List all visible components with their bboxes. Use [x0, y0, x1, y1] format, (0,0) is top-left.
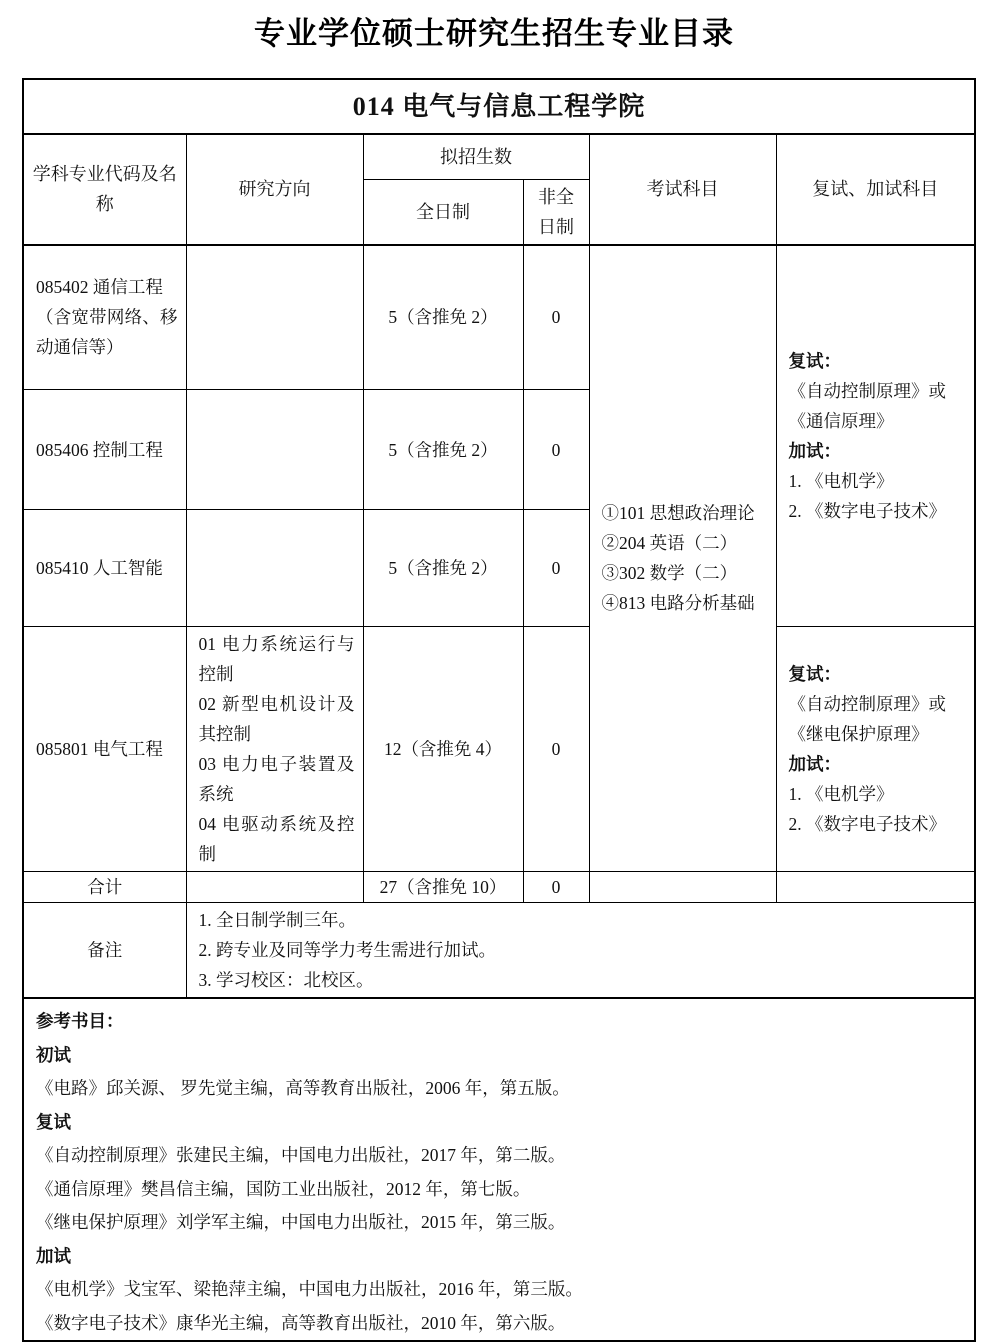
reference-book: 《电机学》戈宝军、梁艳萍主编，中国电力出版社，2016 年，第三版。 [36, 1273, 964, 1307]
program-code: 085406 控制工程 [36, 435, 178, 465]
reference-book: 《通信原理》樊昌信主编，国防工业出版社，2012 年，第七版。 [36, 1173, 964, 1207]
header-code: 学科专业代码及名称 [23, 134, 186, 245]
references-section-label: 加试 [36, 1240, 964, 1274]
parttime-count: 0 [523, 245, 589, 390]
extra-test-label: 加试： [789, 436, 967, 466]
program-code-cell: 085406 控制工程 [23, 390, 186, 510]
total-direction-cell [186, 872, 363, 903]
research-direction: 02 新型电机设计及其控制 [199, 689, 355, 749]
remark-item: 3. 学习校区：北校区。 [199, 965, 967, 995]
retest-item: 《自动控制原理》或 [789, 689, 967, 719]
direction-cell [186, 510, 363, 627]
fulltime-count: 5（含推免 2） [363, 390, 523, 510]
extra-test-item: 2. 《数字电子技术》 [789, 809, 967, 839]
exam-subject: ③302 数学（二） [602, 558, 768, 588]
program-code: 085410 人工智能 [36, 553, 178, 583]
remark-item: 1. 全日制学制三年。 [199, 905, 967, 935]
research-direction: 01 电力系统运行与控制 [199, 629, 355, 689]
total-retest-cell [776, 872, 975, 903]
retest-subjects-cell-1: 复试： 《自动控制原理》或 《通信原理》 加试： 1. 《电机学》 2. 《数字… [776, 245, 975, 627]
references-section-label: 复试 [36, 1106, 964, 1140]
total-exam-cell [589, 872, 776, 903]
header-fulltime: 全日制 [363, 179, 523, 245]
college-header: 014 电气与信息工程学院 [23, 79, 975, 134]
exam-subject: ①101 思想政治理论 [602, 498, 768, 528]
fulltime-count: 5（含推免 2） [363, 245, 523, 390]
references-section-label: 初试 [36, 1039, 964, 1073]
exam-subject: ②204 英语（二） [602, 528, 768, 558]
program-code-cell: 085410 人工智能 [23, 510, 186, 627]
extra-test-label: 加试： [789, 749, 967, 779]
fulltime-count: 12（含推免 4） [363, 627, 523, 872]
total-parttime: 0 [523, 872, 589, 903]
college-header-row: 014 电气与信息工程学院 [23, 79, 975, 134]
parttime-count: 0 [523, 390, 589, 510]
exam-subject: ④813 电路分析基础 [602, 588, 768, 618]
total-label: 合计 [23, 872, 186, 903]
header-parttime: 非全日制 [523, 179, 589, 245]
research-direction: 04 电驱动系统及控制 [199, 809, 355, 869]
total-row: 合计 27（含推免 10） 0 [23, 872, 975, 903]
retest-label: 复试： [789, 346, 967, 376]
extra-test-item: 1. 《电机学》 [789, 779, 967, 809]
parttime-count: 0 [523, 627, 589, 872]
parttime-count: 0 [523, 510, 589, 627]
admission-catalog-table: 014 电气与信息工程学院 学科专业代码及名称 研究方向 拟招生数 考试科目 复… [22, 78, 976, 1342]
reference-book: 《继电保护原理》刘学军主编，中国电力出版社，2015 年，第三版。 [36, 1206, 964, 1240]
retest-item: 《自动控制原理》或 [789, 376, 967, 406]
header-enrollment: 拟招生数 [363, 134, 589, 179]
document-page: 专业学位硕士研究生招生专业目录 014 电气与信息工程学院 学科专业代码及名称 … [0, 0, 988, 1278]
program-code-cell: 085801 电气工程 [23, 627, 186, 872]
table-row-085402: 085402 通信工程 （含宽带网络、移动通信等） 5（含推免 2） 0 ①10… [23, 245, 975, 390]
direction-cell [186, 390, 363, 510]
direction-cell [186, 245, 363, 390]
reference-book: 《电路》邱关源、 罗先觉主编，高等教育出版社，2006 年，第五版。 [36, 1072, 964, 1106]
retest-item: 《通信原理》 [789, 406, 967, 436]
table-header-row-1: 学科专业代码及名称 研究方向 拟招生数 考试科目 复试、加试科目 [23, 134, 975, 179]
remarks-label: 备注 [23, 903, 186, 999]
remark-item: 2. 跨专业及同等学力考生需进行加试。 [199, 935, 967, 965]
extra-test-item: 2. 《数字电子技术》 [789, 496, 967, 526]
references-row: 参考书目： 初试 《电路》邱关源、 罗先觉主编，高等教育出版社，2006 年，第… [23, 998, 975, 1341]
fulltime-count: 5（含推免 2） [363, 510, 523, 627]
exam-subjects-cell: ①101 思想政治理论 ②204 英语（二） ③302 数学（二） ④813 电… [589, 245, 776, 872]
research-direction: 03 电力电子装置及系统 [199, 749, 355, 809]
header-retest-subjects: 复试、加试科目 [776, 134, 975, 245]
retest-label: 复试： [789, 659, 967, 689]
table-row-085801: 085801 电气工程 01 电力系统运行与控制 02 新型电机设计及其控制 0… [23, 627, 975, 872]
extra-test-item: 1. 《电机学》 [789, 466, 967, 496]
retest-subjects-cell-2: 复试： 《自动控制原理》或 《继电保护原理》 加试： 1. 《电机学》 2. 《… [776, 627, 975, 872]
page-title: 专业学位硕士研究生招生专业目录 [0, 0, 988, 53]
program-code-cell: 085402 通信工程 （含宽带网络、移动通信等） [23, 245, 186, 390]
program-code: 085402 通信工程 [36, 272, 178, 302]
references-cell: 参考书目： 初试 《电路》邱关源、 罗先觉主编，高等教育出版社，2006 年，第… [23, 998, 975, 1341]
remarks-cell: 1. 全日制学制三年。 2. 跨专业及同等学力考生需进行加试。 3. 学习校区：… [186, 903, 975, 999]
retest-item: 《继电保护原理》 [789, 719, 967, 749]
direction-cell: 01 电力系统运行与控制 02 新型电机设计及其控制 03 电力电子装置及系统 … [186, 627, 363, 872]
program-note: （含宽带网络、移动通信等） [36, 302, 178, 362]
references-title: 参考书目： [36, 1005, 964, 1039]
header-exam-subjects: 考试科目 [589, 134, 776, 245]
reference-book: 《自动控制原理》张建民主编，中国电力出版社，2017 年，第二版。 [36, 1139, 964, 1173]
total-fulltime: 27（含推免 10） [363, 872, 523, 903]
program-code: 085801 电气工程 [36, 734, 178, 764]
reference-book: 《数字电子技术》康华光主编，高等教育出版社，2010 年，第六版。 [36, 1307, 964, 1341]
remarks-row: 备注 1. 全日制学制三年。 2. 跨专业及同等学力考生需进行加试。 3. 学习… [23, 903, 975, 999]
header-direction: 研究方向 [186, 134, 363, 245]
